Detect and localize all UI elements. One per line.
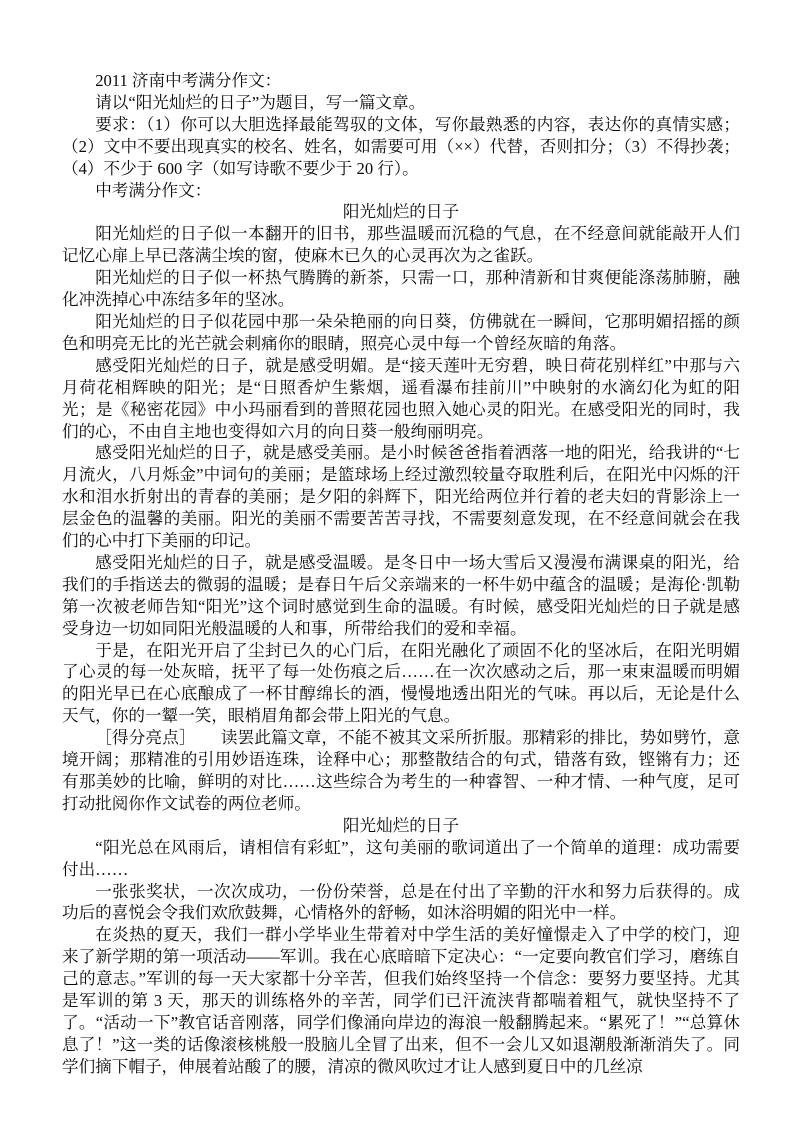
essay1-paragraph-1: 阳光灿烂的日子似一本翻开的旧书，那些温暖而沉稳的气息，在不经意间就能敲开人们记忆… bbox=[62, 223, 740, 267]
requirements-paragraph: 要求：（1）你可以大胆选择最能驾驭的文体，写你最熟悉的内容，表达你的真情实感；（… bbox=[62, 114, 740, 180]
prompt-line: 请以“阳光灿烂的日子”为题目，写一篇文章。 bbox=[62, 92, 740, 114]
essay1-paragraph-7: 于是，在阳光开启了尘封已久的心门后，在阳光融化了顽固不化的坚冰后，在阳光明媚了心… bbox=[62, 640, 740, 728]
essay2-paragraph-1: “阳光总在风雨后，请相信有彩虹”，这句美丽的歌词道出了一个简单的道理：成功需要付… bbox=[62, 837, 740, 881]
scoring-highlights-paragraph: ［得分亮点］ 读罢此篇文章，不能不被其文采所折服。那精彩的排比，势如劈竹，意境开… bbox=[62, 727, 740, 815]
essay2-paragraph-3: 在炎热的夏天，我们一群小学毕业生带着对中学生活的美好憧憬走入了中学的校门，迎来了… bbox=[62, 924, 740, 1077]
document-page: 2011 济南中考满分作文： 请以“阳光灿烂的日子”为题目，写一篇文章。 要求：… bbox=[0, 0, 800, 1132]
essay1-paragraph-2: 阳光灿烂的日子似一杯热气腾腾的新茶，只需一口，那种清新和甘爽便能涤荡肺腑，融化冲… bbox=[62, 267, 740, 311]
exam-source-line: 2011 济南中考满分作文： bbox=[62, 70, 740, 92]
essay-text-block: 2011 济南中考满分作文： 请以“阳光灿烂的日子”为题目，写一篇文章。 要求：… bbox=[62, 70, 740, 1078]
essay1-paragraph-3: 阳光灿烂的日子似花园中那一朵朵艳丽的向日葵，仿佛就在一瞬间，它那明媚招摇的颜色和… bbox=[62, 311, 740, 355]
essay2-paragraph-2: 一张张奖状，一次次成功，一份份荣誉，总是在付出了辛勤的汗水和努力后获得的。成功后… bbox=[62, 881, 740, 925]
essay-title-1: 阳光灿烂的日子 bbox=[62, 201, 740, 223]
essay1-paragraph-4: 感受阳光灿烂的日子，就是感受明媚。是“接天莲叶无穷碧，映日荷花别样红”中那与六月… bbox=[62, 355, 740, 443]
essay-title-2: 阳光灿烂的日子 bbox=[62, 815, 740, 837]
essay1-paragraph-6: 感受阳光灿烂的日子，就是感受温暖。是冬日中一场大雪后又漫漫布满课桌的阳光，给我们… bbox=[62, 552, 740, 640]
section-label: 中考满分作文： bbox=[62, 180, 740, 202]
essay1-paragraph-5: 感受阳光灿烂的日子，就是感受美丽。是小时候爸爸指着洒落一地的阳光，给我讲的“七月… bbox=[62, 442, 740, 552]
